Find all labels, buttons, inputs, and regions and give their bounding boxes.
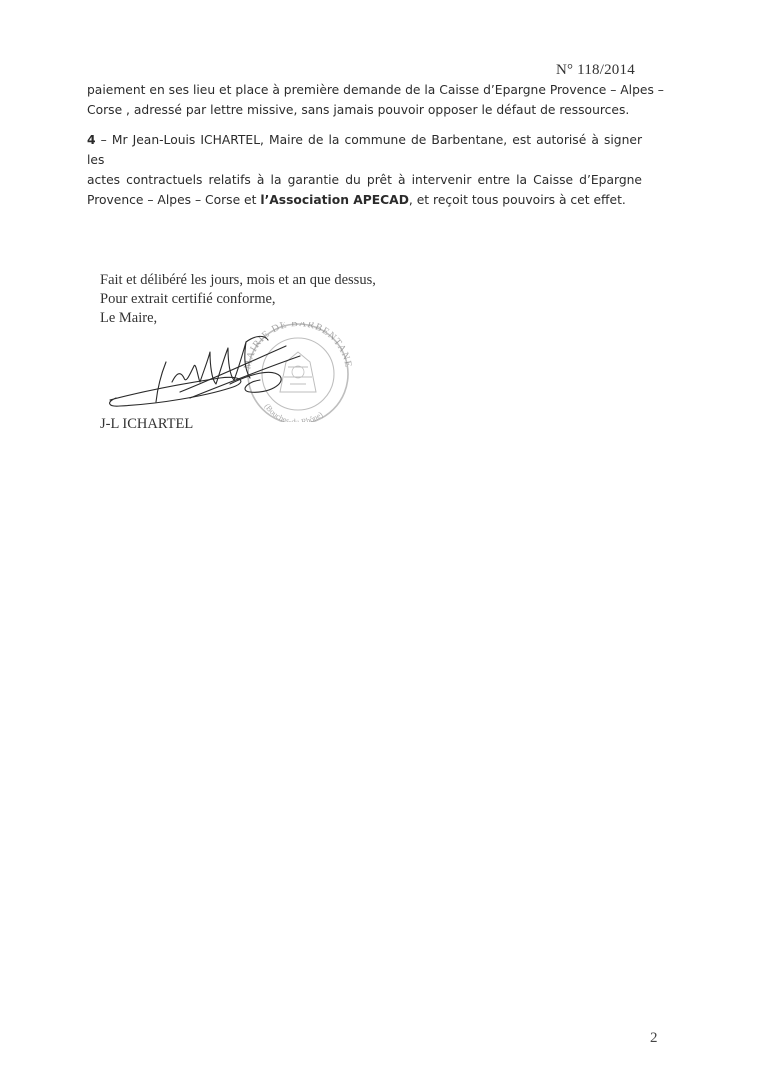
article-number: 4 [87, 133, 96, 147]
official-stamp-icon: MAIRIE DE BARBENTANE (Bouches-du-Rhône) [100, 322, 360, 422]
article-4-line-3: Provence – Alpes – Corse et l’Associatio… [87, 190, 642, 210]
signature-block: MAIRIE DE BARBENTANE (Bouches-du-Rhône) [100, 322, 360, 422]
reference-number: N° 118/2014 [556, 62, 635, 79]
paragraph-line: Corse , adressé par lettre missive, sans… [87, 100, 642, 120]
document-page: N° 118/2014 paiement en ses lieu et plac… [0, 0, 768, 1087]
article-4: 4 – Mr Jean-Louis ICHARTEL, Maire de la … [87, 130, 642, 210]
closing-line: Pour extrait certifié conforme, [100, 290, 376, 309]
article-4-line-1: 4 – Mr Jean-Louis ICHARTEL, Maire de la … [87, 130, 642, 170]
closing-formula: Fait et délibéré les jours, mois et an q… [100, 271, 376, 328]
svg-text:MAIRIE DE BARBENTANE: MAIRIE DE BARBENTANE [242, 322, 354, 370]
article-4-line-1-text: – Mr Jean-Louis ICHARTEL, Maire de la co… [87, 133, 642, 167]
closing-line: Fait et délibéré les jours, mois et an q… [100, 271, 376, 290]
paragraph-continuation: paiement en ses lieu et place à première… [87, 80, 642, 120]
association-name: l’Association APECAD [260, 193, 409, 207]
article-4-line-2: actes contractuels relatifs à la garanti… [87, 170, 642, 190]
page-number: 2 [650, 1030, 658, 1047]
signer-name: J-L ICHARTEL [100, 416, 193, 433]
article-4-line-3-start: Provence – Alpes – Corse et [87, 193, 260, 207]
article-4-line-3-end: , et reçoit tous pouvoirs à cet effet. [409, 193, 626, 207]
paragraph-line: paiement en ses lieu et place à première… [87, 80, 642, 100]
